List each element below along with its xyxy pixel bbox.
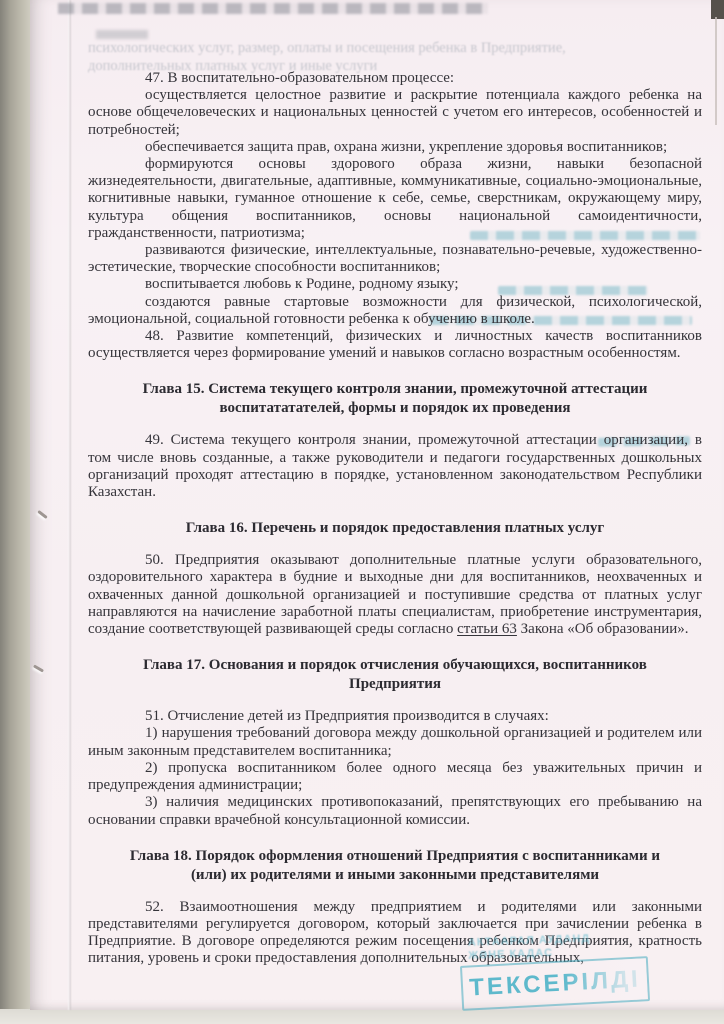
chapter-heading: Глава 15. Система текущего контроля знан…	[118, 380, 672, 418]
page-fold-crease	[68, 0, 71, 1010]
scanner-edge-left	[0, 0, 30, 1024]
paragraph: формируются основы здорового образа жизн…	[88, 156, 702, 242]
paragraph: создаются равные стартовые возможности д…	[88, 294, 702, 328]
paragraph: обеспечивается защита прав, охрана жизни…	[88, 139, 702, 156]
scanned-document-screen: психологических услуг, размер, оплаты и …	[0, 0, 724, 1024]
paragraph: воспитывается любовь к Родине, родному я…	[88, 276, 702, 293]
page-edge-line	[715, 17, 717, 125]
paragraph: 50. Предприятия оказывают дополнительные…	[88, 552, 702, 638]
paragraph: 2) пропуска воспитанником более одного м…	[88, 760, 702, 794]
chapter-heading: Глава 17. Основания и порядок отчисления…	[118, 656, 672, 694]
paragraph: 47. В воспитательно-образовательном проц…	[88, 70, 702, 87]
paragraph: развиваются физические, интеллектуальные…	[88, 242, 702, 276]
paragraph: осуществляется целостное развитие и раск…	[88, 87, 702, 139]
paragraph: 3) наличия медицинских противопоказаний,…	[88, 794, 702, 828]
chapter-heading: Глава 16. Перечень и порядок предоставле…	[118, 519, 672, 538]
bleed-through-text: психологических услуг, размер, оплаты и …	[88, 40, 688, 57]
paragraph: 48. Развитие компетенций, физических и л…	[88, 328, 702, 362]
scan-corner-artifact	[711, 0, 724, 19]
chapter-heading: Глава 18. Порядок оформления отношений П…	[118, 847, 672, 885]
verified-stamp-label: ТЕКСЕРІЛДІ	[469, 965, 642, 1002]
bleed-through-mark	[96, 30, 148, 39]
scanner-edge-bottom	[0, 1009, 724, 1024]
paragraph: 1) нарушения требований договора между д…	[88, 725, 702, 759]
paragraph: 51. Отчисление детей из Предприятия прои…	[88, 708, 702, 725]
bleed-through-mark	[58, 3, 488, 14]
paragraph: 49. Система текущего контроля знании, пр…	[88, 432, 702, 501]
document-blocks: 47. В воспитательно-образовательном проц…	[88, 70, 702, 968]
